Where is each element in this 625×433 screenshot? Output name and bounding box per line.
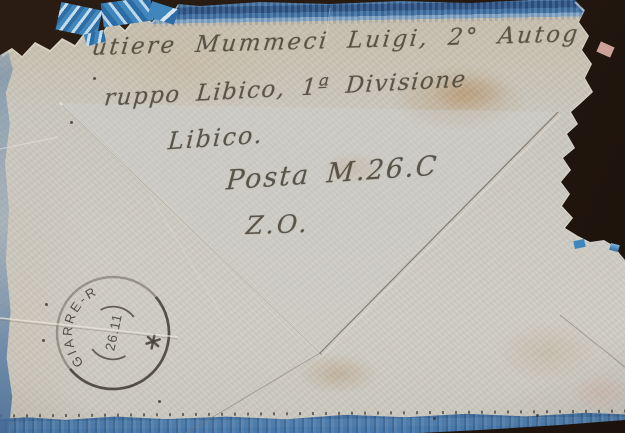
envelope-back: GIARRE-R 26.11	[0, 0, 625, 433]
paper-speck	[158, 400, 161, 403]
star-mark-icon	[146, 333, 161, 349]
torn-pink-fleck	[596, 41, 614, 57]
postmark-town-text: GIARRE-R	[52, 278, 103, 372]
paper-speck	[45, 303, 48, 306]
paper-speck	[433, 417, 436, 420]
paper-speck	[42, 339, 45, 342]
paper-speck	[536, 414, 539, 417]
postmark-date-text: 26.11	[102, 312, 125, 352]
paper-speck	[93, 77, 96, 80]
torn-blue-fragment	[147, 1, 179, 25]
photo-backdrop: GIARRE-R 26.11	[0, 0, 625, 433]
postmark-group: GIARRE-R 26.11	[47, 267, 180, 400]
paper-speck	[70, 121, 73, 124]
postmark-stamp: GIARRE-R 26.11	[18, 238, 208, 428]
handwriting-line-5: Z.O.	[245, 209, 311, 240]
